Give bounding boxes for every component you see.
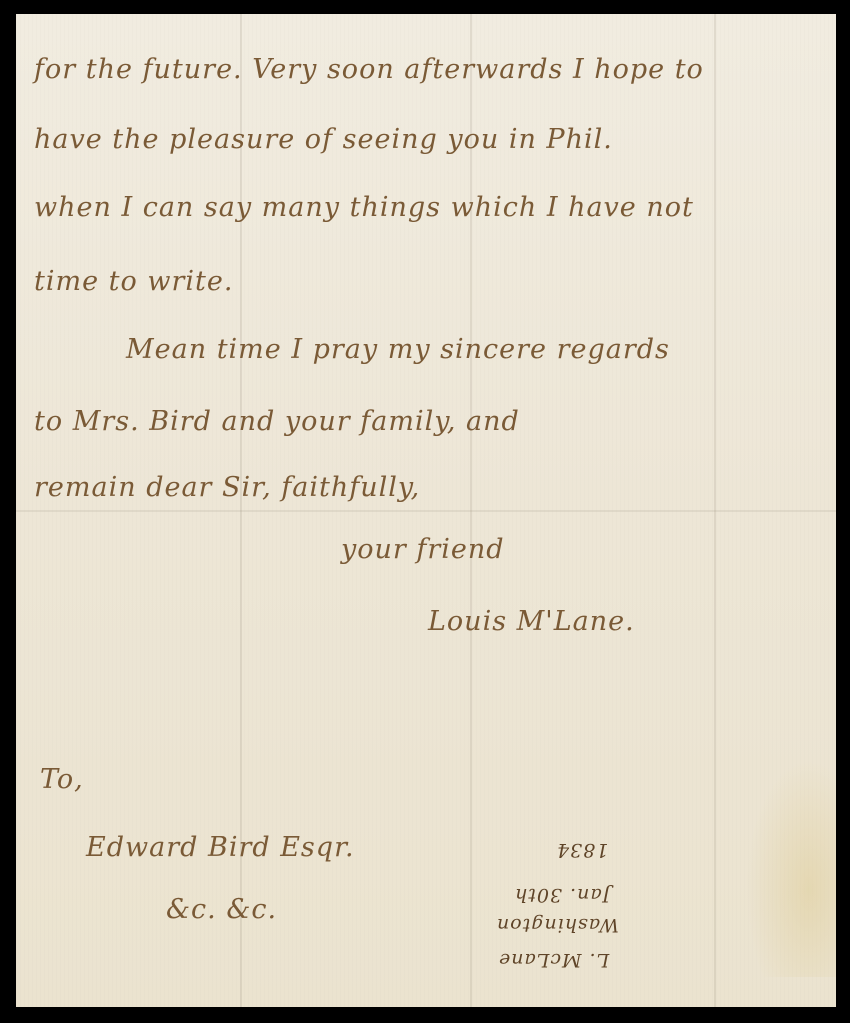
paper-stain: [746, 757, 836, 977]
body-line: remain dear Sir, faithfully,: [34, 472, 420, 503]
letter-page: for the future. Very soon afterwards I h…: [16, 14, 836, 1007]
docket-year: 1834: [556, 839, 608, 861]
closing: your friend: [341, 534, 505, 565]
body-line: time to write.: [34, 266, 233, 297]
docket-date: Jan. 30th: [514, 884, 610, 906]
body-line: have the pleasure of seeing you in Phil.: [34, 124, 613, 155]
body-line: Mean time I pray my sincere regards: [126, 334, 670, 365]
address-to: To,: [40, 764, 84, 795]
docket-place: Washington: [496, 914, 619, 936]
fold-crease: [16, 510, 836, 512]
body-line: to Mrs. Bird and your family, and: [34, 406, 520, 437]
address-etc: &c. &c.: [166, 894, 277, 925]
body-line: when I can say many things which I have …: [34, 192, 694, 223]
address-name: Edward Bird Esqr.: [86, 832, 355, 863]
signature: Louis M'Lane.: [428, 606, 635, 637]
docket-from: L. McLane: [498, 949, 609, 971]
body-line: for the future. Very soon afterwards I h…: [34, 54, 704, 85]
